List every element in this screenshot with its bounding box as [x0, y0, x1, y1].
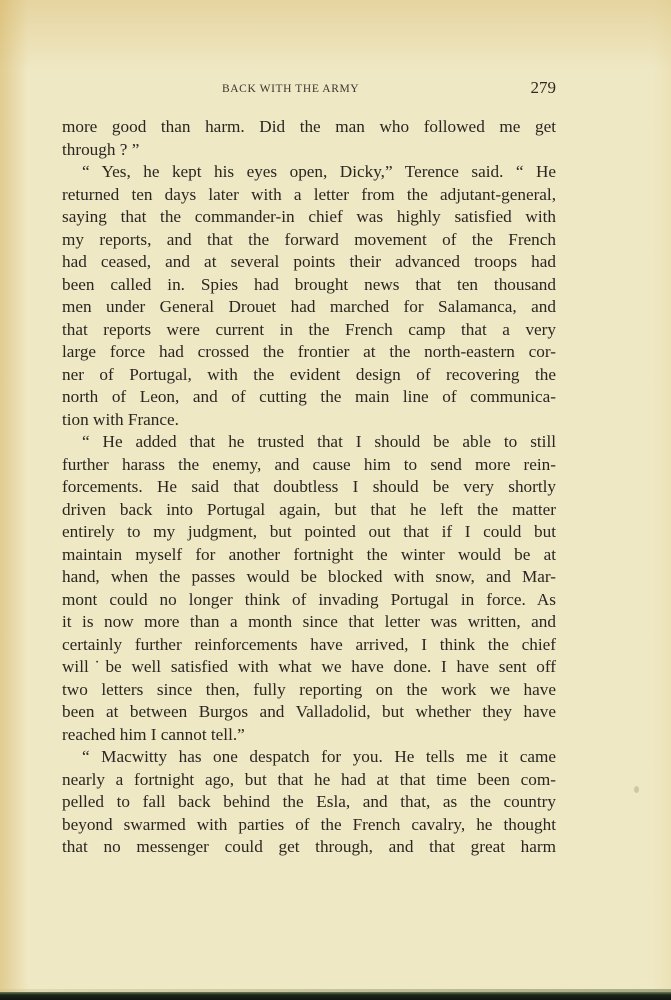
text-line: mont could no longer think of invading P…	[62, 589, 556, 612]
text-line: hand, when the passes would be blocked w…	[62, 566, 556, 589]
text-line: “ He added that he trusted that I should…	[62, 431, 556, 454]
text-line: pelled to fall back behind the Esla, and…	[62, 791, 556, 814]
text-line: “ Yes, he kept his eyes open, Dicky,” Te…	[62, 161, 556, 184]
text-line: driven back into Portugal again, but tha…	[62, 499, 556, 522]
text-line: certainly further reinforcements have ar…	[62, 634, 556, 657]
text-line: been at between Burgos and Valladolid, b…	[62, 701, 556, 724]
text-line: returned ten days later with a letter fr…	[62, 184, 556, 207]
text-line: through ? ”	[62, 139, 556, 162]
page-bottom-edge	[0, 992, 671, 1000]
text-line: that no messenger could get through, and…	[62, 836, 556, 859]
page-number: 279	[531, 78, 557, 98]
text-line: forcements. He said that doubtless I sho…	[62, 476, 556, 499]
text-line: maintain myself for another fortnight th…	[62, 544, 556, 567]
running-title: BACK WITH THE ARMY	[222, 83, 359, 95]
text-line: saying that the commander-in chief was h…	[62, 206, 556, 229]
running-head: BACK WITH THE ARMY 279	[62, 78, 556, 102]
text-line: men under General Drouet had marched for…	[62, 296, 556, 319]
text-line: been called in. Spies had brought news t…	[62, 274, 556, 297]
text-line: large force had crossed the frontier at …	[62, 341, 556, 364]
text-line: beyond swarmed with parties of the Frenc…	[62, 814, 556, 837]
text-line: that reports were current in the French …	[62, 319, 556, 342]
text-line: nearly a fortnight ago, but that he had …	[62, 769, 556, 792]
text-line: tion with France.	[62, 409, 556, 432]
text-line: my reports, and that the forward movemen…	[62, 229, 556, 252]
book-page: BACK WITH THE ARMY 279 more good than ha…	[0, 0, 671, 1000]
text-line: more good than harm. Did the man who fol…	[62, 116, 556, 139]
text-line: had ceased, and at several points their …	[62, 251, 556, 274]
paper-blemish	[634, 786, 639, 793]
text-line: entirely to my judgment, but pointed out…	[62, 521, 556, 544]
text-line: “ Macwitty has one despatch for you. He …	[62, 746, 556, 769]
body-text: more good than harm. Did the man who fol…	[62, 116, 556, 859]
text-line: further harass the enemy, and cause him …	[62, 454, 556, 477]
text-line: two letters since then, fully reporting …	[62, 679, 556, 702]
text-line: reached him I cannot tell.”	[62, 724, 556, 747]
text-line: it is now more than a month since that l…	[62, 611, 556, 634]
text-line: ner of Portugal, with the evident design…	[62, 364, 556, 387]
text-line: north of Leon, and of cutting the main l…	[62, 386, 556, 409]
text-line: will˙be well satisfied with what we have…	[62, 656, 556, 679]
